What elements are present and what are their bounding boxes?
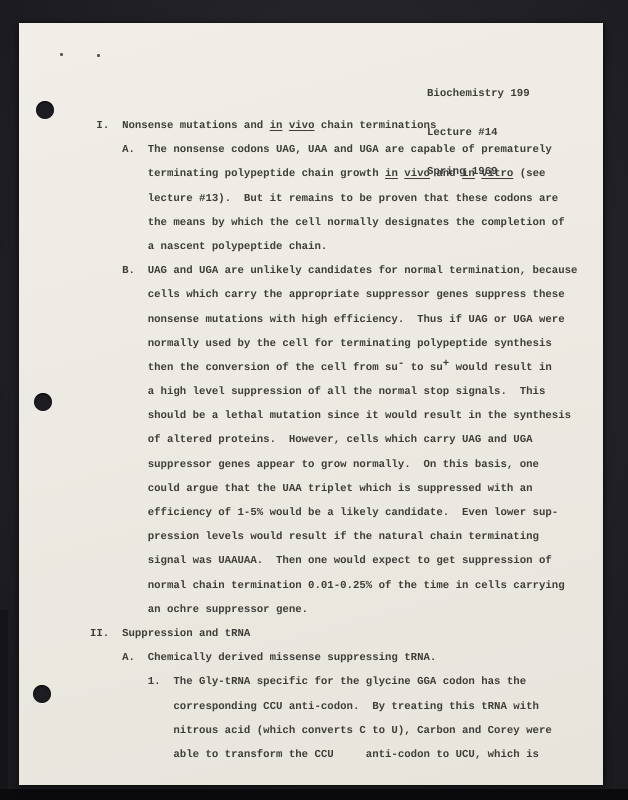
text-line: nonsense mutations with high efficiency.… [90, 308, 577, 332]
text-line: able to transform the CCU anti-codon to … [90, 743, 577, 767]
text-line: a nascent polypeptide chain. [90, 235, 577, 259]
document-body: I. Nonsense mutations and in vivo chain … [90, 114, 577, 767]
text-line: normally used by the cell for terminatin… [90, 332, 577, 356]
text-line: an ochre suppressor gene. [90, 598, 577, 622]
text-line: efficiency of 1-5% would be a likely can… [90, 501, 577, 525]
text-line: could argue that the UAA triplet which i… [90, 477, 577, 501]
text-line: of altered proteins. However, cells whic… [90, 428, 577, 452]
stray-mark [60, 53, 63, 56]
text-line: suppressor genes appear to grow normally… [90, 453, 577, 477]
text-line: cells which carry the appropriate suppre… [90, 283, 577, 307]
scan-backdrop: Biochemistry 199 Lecture #14 Spring 1969… [0, 0, 628, 800]
text-line: the means by which the cell normally des… [90, 211, 577, 235]
text-line: should be a lethal mutation since it wou… [90, 404, 577, 428]
punch-hole-middle [34, 393, 52, 411]
text-line: nitrous acid (which converts C to U), Ca… [90, 719, 577, 743]
text-line: A. The nonsense codons UAG, UAA and UGA … [90, 138, 577, 162]
header-course: Biochemistry 199 [427, 88, 530, 101]
stray-mark [97, 54, 100, 57]
text-line: lecture #13). But it remains to be prove… [90, 187, 577, 211]
text-line: B. UAG and UGA are unlikely candidates f… [90, 259, 577, 283]
scan-edge-shadow [0, 610, 8, 790]
scanned-page: Biochemistry 199 Lecture #14 Spring 1969… [19, 23, 603, 785]
punch-hole-top [36, 101, 54, 119]
text-line: pression levels would result if the natu… [90, 525, 577, 549]
text-line: I. Nonsense mutations and in vivo chain … [90, 114, 577, 138]
text-line: terminating polypeptide chain growth in … [90, 162, 577, 186]
punch-hole-bottom [33, 685, 51, 703]
text-line: then the conversion of the cell from su-… [90, 356, 577, 380]
text-line: signal was UAAUAA. Then one would expect… [90, 549, 577, 573]
text-line: normal chain termination 0.01-0.25% of t… [90, 574, 577, 598]
text-line: corresponding CCU anti-codon. By treatin… [90, 695, 577, 719]
text-line: 1. The Gly-tRNA specific for the glycine… [90, 670, 577, 694]
text-line: A. Chemically derived missense suppressi… [90, 646, 577, 670]
scan-bottom-band [0, 789, 628, 800]
text-line: a high level suppression of all the norm… [90, 380, 577, 404]
text-line: II. Suppression and tRNA [90, 622, 577, 646]
